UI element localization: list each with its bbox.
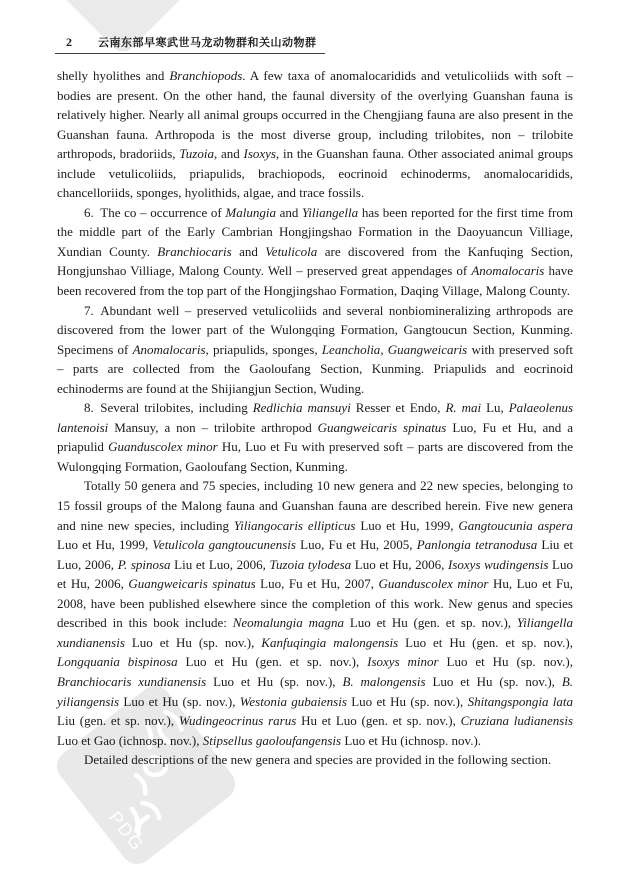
text-segment: Mansuy, a non – trilobite arthropod [108, 420, 317, 435]
text-segment: Luo et Hu (sp. nov.), [347, 694, 468, 709]
taxon-name: Longquania bispinosa [57, 654, 178, 669]
taxon-name: Shitangspongia lata [468, 694, 573, 709]
page-header: 2 云南东部早寒武世马龙动物群和关山动物群 [55, 29, 325, 54]
text-segment: Luo et Hu (gen. et sp. nov.), [178, 654, 368, 669]
taxon-name: Westonia gubaiensis [240, 694, 347, 709]
taxon-name: Branchiocaris [157, 244, 231, 259]
text-segment: Detailed descriptions of the new genera … [84, 752, 551, 767]
paragraph: shelly hyolithes and Branchiopods. A few… [57, 66, 573, 203]
text-segment: 8. Several trilobites, including [84, 400, 253, 415]
taxon-name: Guangweicaris spinatus [318, 420, 447, 435]
text-segment: Luo et Hu, 1999, [57, 537, 152, 552]
taxon-name: R. mai [445, 400, 481, 415]
taxon-name: P. spinosa [118, 557, 171, 572]
body-text: shelly hyolithes and Branchiopods. A few… [57, 66, 573, 770]
taxon-name: Malungia [225, 205, 276, 220]
paragraph: 7. Abundant well – preserved vetulicolii… [57, 301, 573, 399]
text-segment: Luo et Hu (gen. et sp. nov.), [344, 615, 517, 630]
taxon-name: Yiliangocaris ellipticus [234, 518, 356, 533]
taxon-name: Vetulicola [265, 244, 317, 259]
paragraph: Detailed descriptions of the new genera … [57, 750, 573, 770]
taxon-name: Wudingeocrinus rarus [179, 713, 296, 728]
text-segment: and [232, 244, 266, 259]
text-segment: Luo, Fu et Hu, 2007, [256, 576, 379, 591]
taxon-name: Isoxys minor [367, 654, 438, 669]
taxon-name: Guanduscolex minor [378, 576, 488, 591]
text-segment: shelly hyolithes and [57, 68, 169, 83]
text-segment: 6. The co – occurrence of [84, 205, 225, 220]
paragraph: 8. Several trilobites, including Redlich… [57, 398, 573, 476]
text-segment: Luo et Hu (sp. nov.), [206, 674, 342, 689]
text-segment: and [276, 205, 302, 220]
taxon-name: Tuzoia [179, 146, 214, 161]
taxon-name: Guangweicaris spinatus [128, 576, 255, 591]
page-number: 2 [66, 35, 72, 50]
text-segment: Lu, [481, 400, 509, 415]
taxon-name: Neomalungia magna [233, 615, 344, 630]
text-segment: Luo et Hu, 2006, [351, 557, 448, 572]
text-segment: Luo et Hu (sp. nov.), [426, 674, 562, 689]
taxon-name: Kanfuqingia malongensis [261, 635, 398, 650]
text-segment: Luo et Hu (gen. et sp. nov.), [398, 635, 573, 650]
text-segment: Luo et Hu, 1999, [355, 518, 458, 533]
taxon-name: Isoxys [243, 146, 276, 161]
text-segment: Luo et Gao (ichnosp. nov.), [57, 733, 203, 748]
taxon-name: Cruziana ludianensis [461, 713, 573, 728]
text-segment: , [380, 342, 387, 357]
text-segment: Luo, Fu et Hu, 2005, [296, 537, 417, 552]
text-segment: Resser et Endo, [351, 400, 446, 415]
book-page: PDG 2 云南东部早寒武世马龙动物群和关山动物群 shelly hyolith… [0, 0, 628, 880]
text-segment: Luo et Hu (sp. nov.), [119, 694, 240, 709]
text-segment: Luo et Hu (ichnosp. nov.). [341, 733, 481, 748]
taxon-name: Guanduscolex minor [108, 439, 218, 454]
taxon-name: Guangweicaris [388, 342, 467, 357]
text-segment: Liu et Luo, 2006, [171, 557, 270, 572]
running-title: 云南东部早寒武世马龙动物群和关山动物群 [98, 34, 317, 50]
taxon-name: Gangtoucunia aspera [458, 518, 573, 533]
taxon-name: Stipsellus gaoloufangensis [203, 733, 341, 748]
text-segment: , priapulids, sponges, [206, 342, 322, 357]
text-segment: Liu (gen. et sp. nov.), [57, 713, 179, 728]
text-segment: Hu et Luo (gen. et sp. nov.), [296, 713, 460, 728]
taxon-name: Leancholia [322, 342, 381, 357]
taxon-name: Tuzoia tylodesa [270, 557, 352, 572]
paragraph: Totally 50 genera and 75 species, includ… [57, 476, 573, 750]
taxon-name: Branchiocaris xundianensis [57, 674, 206, 689]
paragraph: 6. The co – occurrence of Malungia and Y… [57, 203, 573, 301]
text-segment: , and [214, 146, 244, 161]
taxon-name: Anomalocaris [471, 263, 544, 278]
taxon-name: Redlichia mansuyi [253, 400, 351, 415]
taxon-name: Isoxys wudingensis [448, 557, 548, 572]
taxon-name: B. malongensis [342, 674, 425, 689]
text-segment: Luo et Hu (sp. nov.), [439, 654, 573, 669]
taxon-name: Anomalocaris [133, 342, 206, 357]
taxon-name: Yiliangella [302, 205, 358, 220]
taxon-name: Panlongia tetranodusa [417, 537, 537, 552]
taxon-name: Vetulicola gangtoucunensis [152, 537, 296, 552]
taxon-name: Branchiopods [169, 68, 242, 83]
text-segment: Luo et Hu (sp. nov.), [125, 635, 261, 650]
